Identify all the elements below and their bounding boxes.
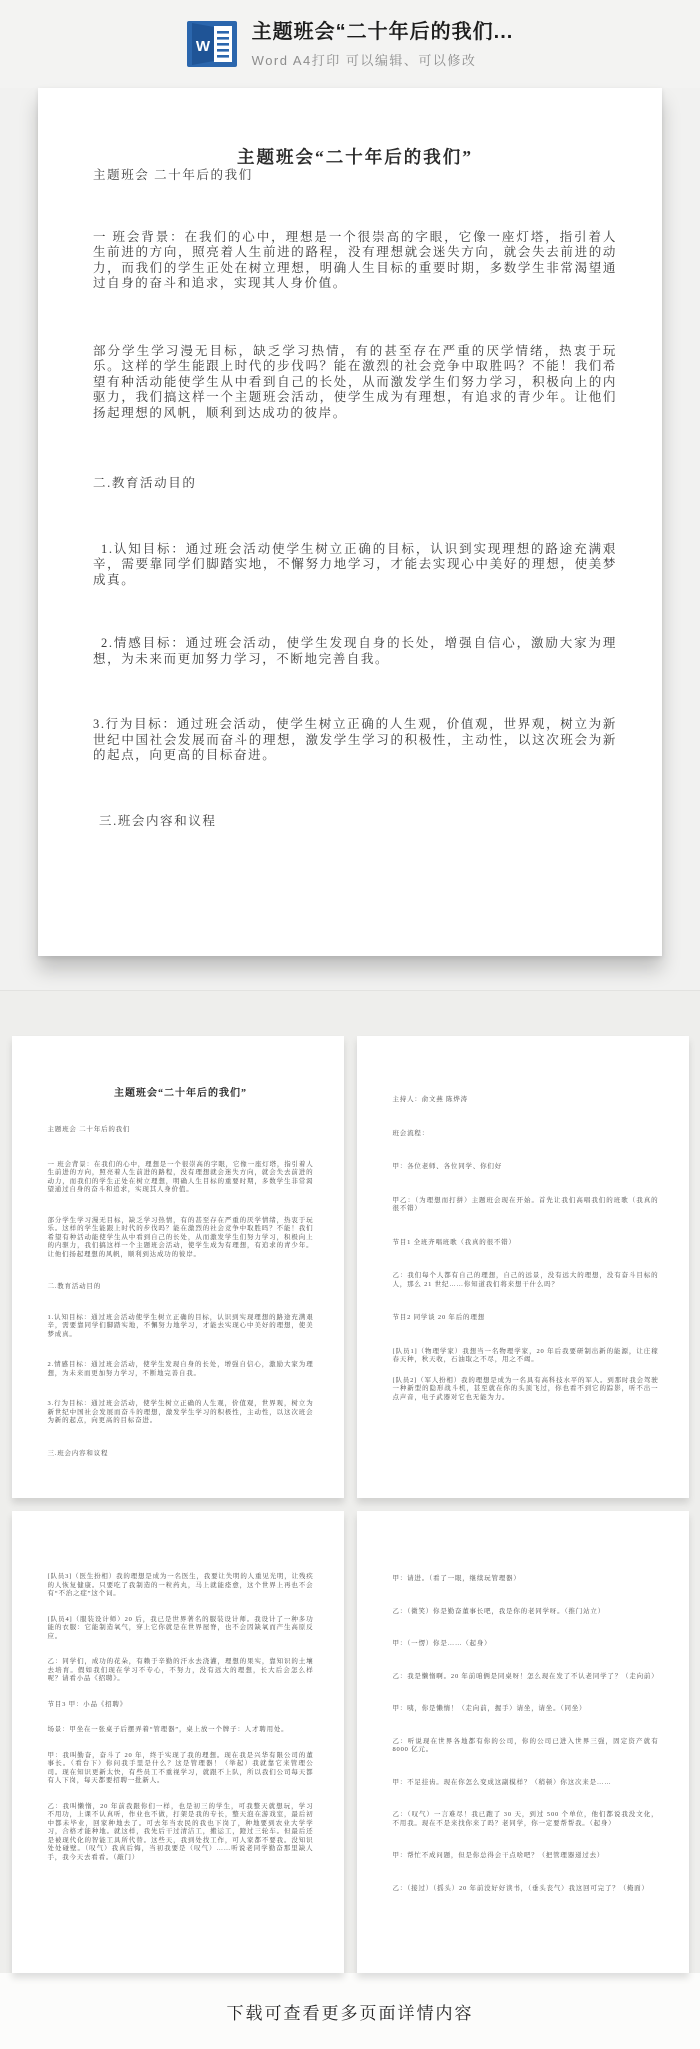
thumb1-subtitle-line: 主题班会 二十年后的我们 bbox=[48, 1126, 314, 1135]
thumb1-section2: 二.教育活动目的 bbox=[48, 1283, 314, 1292]
word-icon: W bbox=[187, 21, 237, 67]
page-thumbnail-1[interactable]: 主题班会“二十年后的我们” 主题班会 二十年后的我们 一 班会背景：在我们的心中… bbox=[12, 1036, 344, 1498]
thumb3-line: 节目3 甲：小品《招聘》 bbox=[48, 1701, 314, 1710]
thumb1-section3: 三.班会内容和议程 bbox=[48, 1450, 314, 1459]
page-thumbnail-3[interactable]: [队员3]（医生扮相）我的理想是成为一名医生，我要让失明的人重见光明，让残疾的人… bbox=[12, 1511, 344, 1973]
thumb4-line: 乙：（微笑）你是勤奋董事长吧，我是你的老同学呀。（推门站立） bbox=[393, 1608, 659, 1617]
header: W 主题班会“二十年后的我们... Word A4打印 可以编辑、可以修改 bbox=[0, 0, 700, 88]
para-behavior-goal: 3.行为目标：通过班会活动，使学生树立正确的人生观，价值观，世界观，树立为新世纪… bbox=[93, 717, 617, 764]
doc-title: 主题班会“二十年后的我们... bbox=[252, 20, 514, 44]
page-thumbnail-4[interactable]: 甲：请进。（看了一眼，继续玩管理器） 乙：（微笑）你是勤奋董事长吧，我是你的老同… bbox=[357, 1511, 689, 1973]
thumb3-line: [队员3]（医生扮相）我的理想是成为一名医生，我要让失明的人重见光明，让残疾的人… bbox=[48, 1573, 314, 1599]
thumb2-line: 节目1 全班齐唱班歌（我真的很不错） bbox=[393, 1239, 659, 1248]
section-heading-agenda: 三.班会内容和议程 bbox=[93, 814, 617, 830]
document-subtitle-line: 主题班会 二十年后的我们 bbox=[93, 168, 617, 184]
thumbnail-section: 主题班会“二十年后的我们” 主题班会 二十年后的我们 一 班会背景：在我们的心中… bbox=[0, 991, 700, 1973]
svg-text:W: W bbox=[196, 38, 211, 55]
thumb2-line: 班会流程： bbox=[393, 1130, 659, 1139]
thumb1-goal-emotional: 2.情感目标：通过班会活动，使学生发现自身的长处，增强自信心，激励大家为理想，为… bbox=[48, 1361, 314, 1378]
para-cognitive-goal: 1.认知目标：通过班会活动使学生树立正确的目标，认识到实现理想的路途充满艰辛，需… bbox=[93, 542, 617, 589]
para-emotional-goal: 2.情感目标：通过班会活动，使学生发现自身的长处，增强自信心，激励大家为理想，为… bbox=[93, 636, 617, 667]
thumb1-goal-behavior: 3.行为目标：通过班会活动，使学生树立正确的人生观，价值观，世界观，树立为新世纪… bbox=[48, 1400, 314, 1426]
thumb4-line: 乙：我是懒惰啊。20 年前咱俩是同桌呀！怎么现在发了不认老同学了？（走向前） bbox=[393, 1673, 659, 1682]
thumb4-line: 甲：不足挂齿。现在你怎么变成这副模样？（稍顿）你这次来是…… bbox=[393, 1779, 659, 1788]
thumb4-line: 乙：听说现在世界各地都有你的公司，你的公司已进入世界三强，固定资产就有 8000… bbox=[393, 1738, 659, 1755]
thumb2-line: 甲：各位老师、各位同学、你们好 bbox=[393, 1163, 659, 1172]
section-heading-education-goals: 二.教育活动目的 bbox=[93, 476, 617, 492]
page-preview-1[interactable]: 主题班会“二十年后的我们” 主题班会 二十年后的我们 一 班会背景：在我们的心中… bbox=[38, 88, 662, 956]
thumb1-para-background: 一 班会背景：在我们的心中，理想是一个很崇高的字眼，它像一座灯塔，指引着人生前进… bbox=[48, 1161, 314, 1195]
thumb3-line: 乙：我叫懒惰，20 年前我跟你们一样，也是初三的学生，可我整天就想玩，学习不用功… bbox=[48, 1803, 314, 1863]
thumb4-line: 甲：帮忙不成问题，但是你总得会干点啥吧？（把管理器递过去） bbox=[393, 1852, 659, 1861]
thumb4-line: 甲：（一愣）你是……（起身） bbox=[393, 1640, 659, 1649]
download-hint: 下载可查看更多页面详情内容 bbox=[227, 1999, 474, 2024]
thumb3-line: 甲：我叫勤奋，奋斗了 20 年，终于实现了我的理想。现在我是兴华有限公司的董事长… bbox=[48, 1752, 314, 1786]
thumbnail-grid: 主题班会“二十年后的我们” 主题班会 二十年后的我们 一 班会背景：在我们的心中… bbox=[12, 1036, 689, 1973]
thumb2-line: [队员1]（物理学家）我想当一名物理学家，20 年后我要研制出新的能源，让庄稼春… bbox=[393, 1348, 659, 1365]
thumb2-line: 节目2 同学谈 20 年后的理想 bbox=[393, 1314, 659, 1323]
thumb2-line: 主持人：俞文燕 陈烨涛 bbox=[393, 1096, 659, 1105]
thumb2-line: 乙：我们每个人都有自己的理想，自己的远景，没有远大的理想，没有奋斗目标的人，那么… bbox=[393, 1272, 659, 1289]
thumb3-line: 乙：同学们，成功的花朵，有赖于辛勤的汗水去浇灌，理想的果实，靠知识的土壤去培育。… bbox=[48, 1658, 314, 1684]
thumb3-line: [队员4]（服装设计师）20 后，我已是世界著名的服装设计师。我设计了一种多功能… bbox=[48, 1616, 314, 1642]
page-thumbnail-2[interactable]: 主持人：俞文燕 陈烨涛 班会流程： 甲：各位老师、各位同学、你们好 甲乙：（为理… bbox=[357, 1036, 689, 1498]
thumb4-line: 乙：（叹气）一言难尽！我已跑了 30 天，到过 500 个单位，他们都说我没文化… bbox=[393, 1811, 659, 1828]
thumb1-goal-cognitive: 1.认知目标：通过班会活动使学生树立正确的目标，认识到实现理想的路途充满艰辛，需… bbox=[48, 1314, 314, 1340]
thumb4-line: 甲：请进。（看了一眼，继续玩管理器） bbox=[393, 1575, 659, 1584]
thumb1-para-students: 部分学生学习漫无目标，缺乏学习热情，有的甚至存在严重的厌学情绪，热衷于玩乐。这样… bbox=[48, 1217, 314, 1260]
doc-subtitle: Word A4打印 可以编辑、可以修改 bbox=[252, 50, 514, 69]
footer: 下载可查看更多页面详情内容 bbox=[0, 1973, 700, 2049]
thumb2-line: [队员2]（军人扮相）我的理想是成为一名具有高科技水平的军人。到那时我会驾驶一种… bbox=[393, 1377, 659, 1403]
thumb4-line: 乙：（接过）（摇头）20 年前没好好读书，（垂头丧气）我这回可完了？（掩面） bbox=[393, 1885, 659, 1894]
thumb1-title: 主题班会“二十年后的我们” bbox=[48, 1088, 314, 1100]
thumb3-line: 场景：甲坐在一张桌子后摆弄着“管理器”，桌上放一个牌子：人才聘用处。 bbox=[48, 1726, 314, 1735]
thumb2-line: 甲乙：（为理想而打拼）主题班会现在开始。首先让我们高唱我们的班歌（我真的很不错） bbox=[393, 1197, 659, 1214]
thumb4-line: 甲：咦，你是懒惰！（走向前，握手）请坐，请坐。（同坐） bbox=[393, 1705, 659, 1714]
document-title: 主题班会“二十年后的我们” bbox=[93, 146, 617, 168]
para-students-status: 部分学生学习漫无目标，缺乏学习热情，有的甚至存在严重的厌学情绪，热衷于玩乐。这样… bbox=[93, 344, 617, 422]
para-class-background: 一 班会背景：在我们的心中，理想是一个很崇高的字眼，它像一座灯塔，指引着人生前进… bbox=[93, 230, 617, 292]
